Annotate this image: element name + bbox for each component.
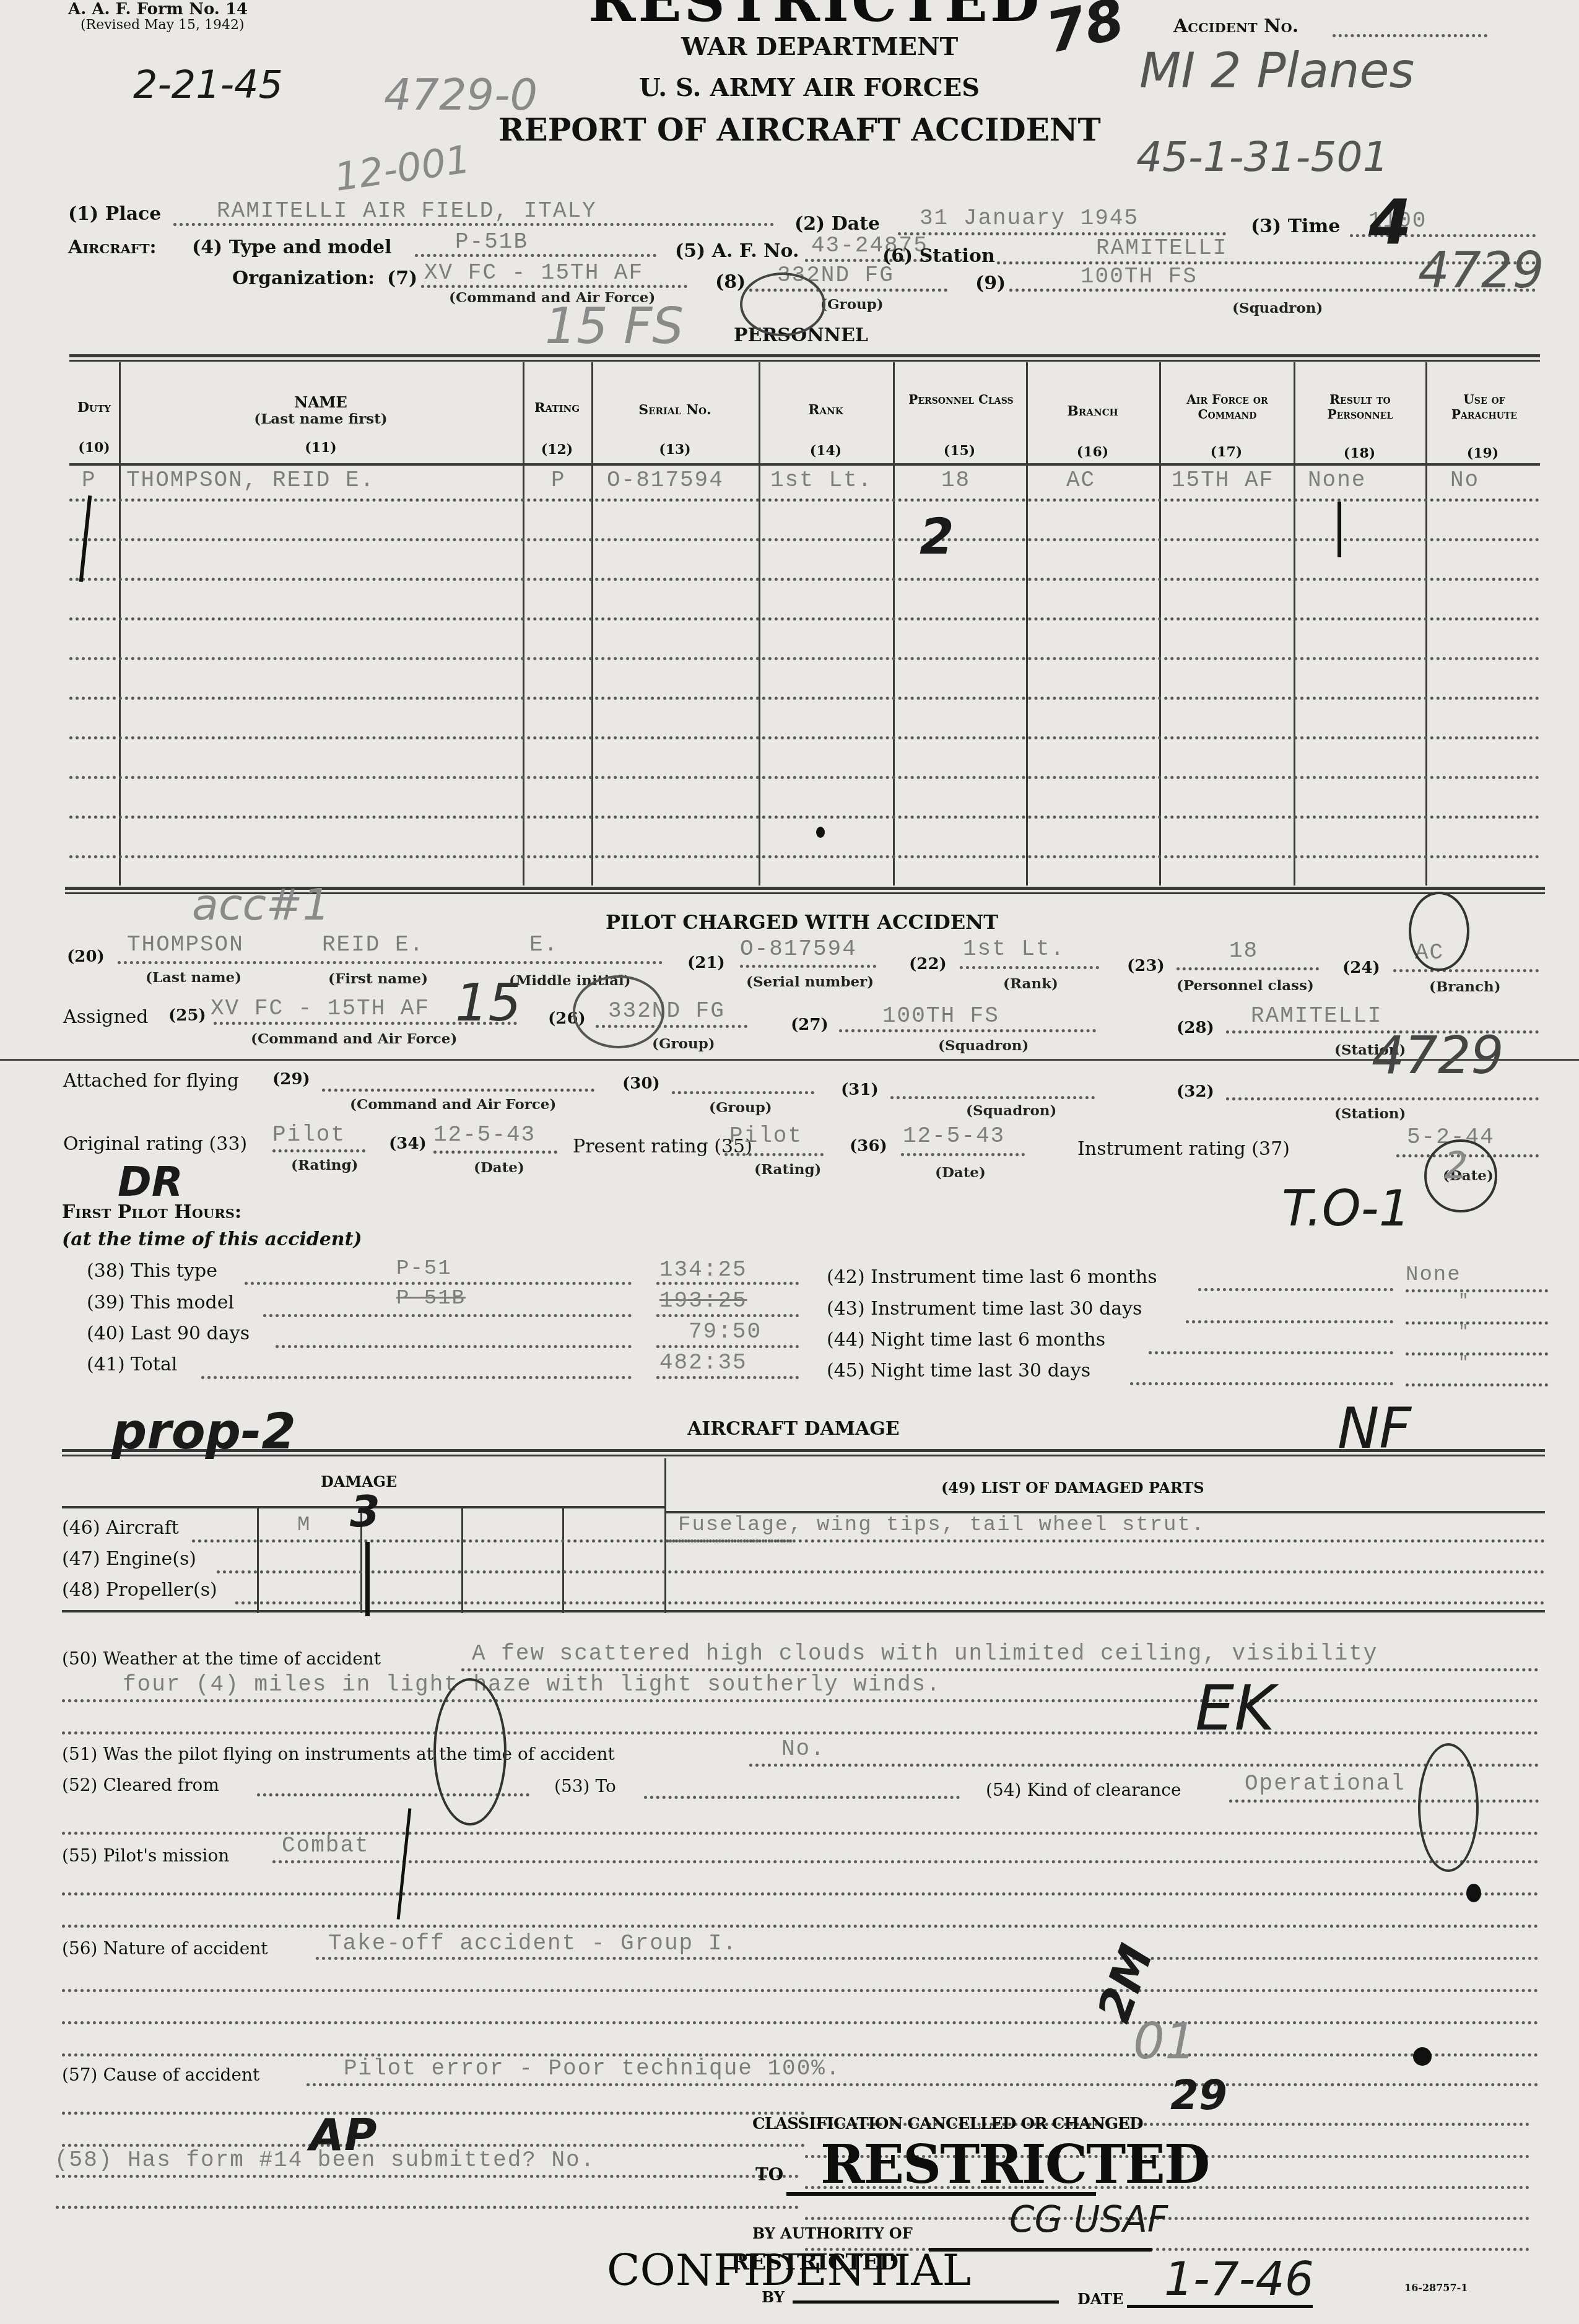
cell-name: THOMPSON, REID E.: [126, 468, 375, 493]
col-divider: [523, 362, 524, 886]
col-divider: [1159, 362, 1161, 886]
stamp-authority-label: BY AUTHORITY OF: [752, 2224, 913, 2242]
row-line: [69, 816, 1540, 819]
attached-station-caption: (Station): [1334, 1105, 1406, 1122]
attached-station-num: (32): [1177, 1082, 1214, 1101]
ink-blot: [816, 827, 825, 838]
group-num: (8): [715, 271, 746, 293]
present-rating[interactable]: Pilot: [729, 1123, 803, 1149]
blank-line: [62, 1989, 1539, 1992]
this-model-note: P-51B: [396, 1287, 466, 1310]
clearance-underline: [1229, 1800, 1539, 1803]
pilot-class[interactable]: 18: [1229, 938, 1258, 964]
weather-line-2[interactable]: four (4) miles in light haze with light …: [123, 1672, 941, 1697]
col-num-18: (18): [1294, 445, 1425, 461]
handwritten-circled-2: 2: [1444, 1144, 1468, 1188]
handwritten-78: 78: [1040, 0, 1129, 66]
col-header-parachute: Use of Parachute: [1429, 392, 1540, 422]
restricted-overstamp: RESTRICTED: [731, 2249, 898, 2275]
row-line: [69, 697, 1540, 700]
row-line: [69, 498, 1540, 502]
instrument-6mo-value[interactable]: None: [1406, 1263, 1461, 1287]
col-header-personnel-class: Personnel Class: [899, 392, 1023, 407]
value-underline: [656, 1345, 799, 1348]
date-value[interactable]: 31 January 1945: [920, 206, 1139, 231]
rank-underline: [960, 966, 1099, 969]
handwritten-to-note: T.O-1: [1282, 1180, 1411, 1237]
col-divider: [591, 362, 593, 886]
original-date-caption: (Date): [474, 1159, 524, 1176]
stamp-date-value: 1-7-46: [1164, 2253, 1314, 2306]
night-30d-value[interactable]: ": [1458, 1354, 1470, 1373]
attached-command-caption: (Command and Air Force): [350, 1096, 556, 1113]
aircraft-label: Aircraft:: [68, 237, 157, 258]
cell-rating: P: [551, 468, 566, 493]
present-rating-underline: [724, 1153, 824, 1156]
damaged-parts-line-1[interactable]: Fuselage, wing tips, tail wheel strut.: [678, 1513, 1205, 1537]
cell-serial: O-817594: [607, 468, 724, 493]
col-header-result: Result to Personnel: [1297, 392, 1424, 422]
weather-label: (50) Weather at the time of accident: [62, 1648, 381, 1669]
organization-label: Organization:: [232, 268, 375, 289]
time-label: (3) Time: [1251, 215, 1340, 237]
squadron-caption: (Squadron): [1232, 300, 1323, 316]
total-hours[interactable]: 482:35: [659, 1350, 747, 1375]
department-heading: WAR DEPARTMENT: [681, 32, 958, 61]
col-num-19: (19): [1425, 445, 1540, 461]
weather-underline-1: [461, 1668, 1539, 1671]
attached-squadron-caption: (Squadron): [966, 1102, 1056, 1119]
weather-underline-3: [62, 1731, 1539, 1734]
to-label: (53) To: [554, 1776, 616, 1796]
col-header-name: NAME: [119, 393, 523, 411]
leader-dots: [1149, 1351, 1393, 1354]
circle-mark: [573, 975, 664, 1048]
row-line: [69, 736, 1540, 739]
damage-aircraft-label: (46) Aircraft: [62, 1517, 179, 1539]
handwritten-4: 4: [1368, 186, 1412, 258]
handwritten-prop-note: prop-2: [111, 1403, 296, 1460]
col-divider: [893, 362, 895, 886]
original-rating-caption: (Rating): [291, 1157, 358, 1173]
present-date-num: (36): [850, 1137, 887, 1155]
blank-line: [62, 1925, 1539, 1928]
handwritten-4729-right: 4729: [1418, 242, 1544, 299]
nature-underline: [316, 1957, 1539, 1960]
night-6mo-label: (44) Night time last 6 months: [827, 1329, 1105, 1351]
present-rating-date[interactable]: 12-5-43: [903, 1123, 1005, 1149]
instruments-label: (51) Was the pilot flying on instruments…: [62, 1744, 615, 1764]
instrument-rating-label: Instrument rating (37): [1077, 1138, 1290, 1160]
assigned-command-num: (25): [168, 1006, 206, 1025]
table-row[interactable]: P THOMPSON, REID E. P O-817594 1st Lt. 1…: [69, 468, 1540, 498]
value-underline: [656, 1282, 799, 1285]
squadron-num: (9): [975, 272, 1006, 294]
hours-left-list: (38) This type P-51 134:25 (39) This mod…: [87, 1257, 799, 1387]
instruments-underline: [749, 1764, 1539, 1767]
handwritten-damage-3: 3: [350, 1486, 380, 1537]
col-num-10: (10): [69, 440, 119, 456]
pilot-serial[interactable]: O-817594: [740, 936, 857, 962]
circle-mark: [1418, 1743, 1479, 1872]
form-revised: (Revised May 15, 1942): [80, 17, 245, 33]
cell-result: None: [1308, 468, 1366, 493]
handwritten-mi-note: MI 2 Planes: [1139, 43, 1414, 99]
stamp-to-value: RESTRICTED: [820, 2133, 1209, 2196]
row-line: [69, 776, 1540, 779]
row-line: [69, 617, 1540, 620]
instrument-30d-value[interactable]: ": [1458, 1292, 1470, 1311]
class-underline: [1177, 967, 1319, 970]
night-30d-label: (45) Night time last 30 days: [827, 1360, 1090, 1382]
handwritten-nf: NF: [1338, 1396, 1411, 1461]
pilot-first-name[interactable]: REID E.: [322, 932, 424, 957]
col-num-11: (11): [119, 440, 523, 456]
circle-mark: [740, 272, 825, 336]
leader-dots: [1130, 1382, 1393, 1385]
type-model-value[interactable]: P-51B: [455, 229, 528, 255]
handwritten-15fs: 15 FS: [545, 297, 684, 355]
handwritten-date: 2-21-45: [133, 62, 283, 107]
handwritten-29: 29: [1170, 2071, 1227, 2119]
present-rating-caption: (Rating): [754, 1161, 821, 1178]
mission-value[interactable]: Combat: [282, 1833, 370, 1858]
stamp-heading: CLASSIFICATION CANCELLED OR CHANGED: [752, 2115, 1143, 2133]
pilot-last-name[interactable]: THOMPSON: [127, 932, 244, 957]
instrument-30d-label: (43) Instrument time last 30 days: [827, 1298, 1142, 1320]
hours-right-list: (42) Instrument time last 6 months None …: [827, 1263, 1545, 1393]
nature-value[interactable]: Take-off accident - Group I.: [328, 1931, 737, 1956]
rank-num: (22): [909, 955, 947, 973]
weather-underline-2: [62, 1699, 1539, 1702]
handwritten-stroke: [397, 1808, 412, 1920]
pilot-section-title: PILOT CHARGED WITH ACCIDENT: [606, 910, 998, 934]
hours-subtitle: (at the time of this accident): [62, 1229, 362, 1250]
cell-air-force: 15TH AF: [1172, 468, 1274, 493]
damage-rows: (46) Aircraft M Fuselage, wing tips, tai…: [62, 1517, 1545, 1610]
clearance-value[interactable]: Operational: [1245, 1771, 1406, 1796]
group-caption: (Group): [820, 296, 884, 313]
col-num-14: (14): [759, 443, 893, 459]
assigned-squadron[interactable]: 100TH FS: [882, 1003, 999, 1029]
blank-line: [62, 2021, 1539, 2024]
col-header-serial: Serial No.: [591, 402, 759, 418]
service-heading: U. S. ARMY AIR FORCES: [639, 73, 980, 102]
cell-personnel-class: 18: [941, 468, 970, 493]
col-divider: [1026, 362, 1028, 886]
class-num: (23): [1127, 957, 1165, 975]
branch-num: (24): [1342, 959, 1380, 977]
pilot-name-underline: [118, 961, 663, 964]
attached-command-field[interactable]: [322, 1089, 594, 1092]
command-underline: [421, 285, 687, 288]
attached-group-num: (30): [622, 1074, 660, 1093]
leader-dots: [1198, 1288, 1393, 1291]
value-underline: [1406, 1352, 1548, 1356]
damage-bottom-rule: [62, 1610, 1545, 1612]
handwritten-dr: DR: [118, 1158, 183, 1206]
rank-caption: (Rank): [1003, 975, 1058, 992]
value-underline: [656, 1376, 799, 1379]
night-6mo-value[interactable]: ": [1458, 1323, 1470, 1342]
col-num-12: (12): [523, 442, 591, 458]
accident-no-field[interactable]: [1333, 34, 1487, 37]
assigned-squadron-num: (27): [791, 1016, 829, 1034]
handwritten-acc-note: acc#1: [192, 879, 330, 930]
this-model-label: (39) This model: [87, 1292, 234, 1313]
handwritten-mark-1b: [1338, 502, 1341, 557]
leader-dots: [245, 1282, 632, 1285]
cell-parachute: No: [1450, 468, 1479, 493]
branch-underline: [1393, 969, 1539, 972]
original-rating-underline: [272, 1149, 365, 1152]
handwritten-ek: EK: [1195, 1672, 1275, 1744]
assigned-command-caption: (Command and Air Force): [251, 1030, 457, 1047]
af-no-label: (5) A. F. No.: [675, 240, 799, 262]
leader-dots: [263, 1314, 632, 1317]
damage-title: AIRCRAFT DAMAGE: [687, 1418, 900, 1440]
value-underline: [1406, 1383, 1548, 1386]
total-label: (41) Total: [87, 1354, 177, 1375]
assigned-command[interactable]: XV FC - 15TH AF: [211, 996, 430, 1021]
handwritten-serial-note: 45-1-31-501: [1136, 133, 1388, 181]
this-type-hours[interactable]: 134:25: [659, 1257, 747, 1282]
accident-no-label: Accident No.: [1173, 15, 1298, 37]
col-header-name-sub: (Last name first): [119, 411, 523, 427]
col-num-13: (13): [591, 442, 759, 458]
mission-label: (55) Pilot's mission: [62, 1845, 229, 1866]
last-name-caption: (Last name): [146, 969, 241, 986]
cell-duty: P: [82, 468, 97, 493]
original-rating-date[interactable]: 12-5-43: [433, 1122, 536, 1147]
this-type-label: (38) This type: [87, 1260, 217, 1282]
col-num-15: (15): [893, 443, 1026, 459]
damage-row-line: [217, 1570, 1545, 1573]
command-num: (7): [387, 268, 417, 289]
this-type-note: P-51: [396, 1257, 452, 1281]
original-rating-label: Original rating (33): [63, 1133, 247, 1155]
present-date-caption: (Date): [935, 1164, 986, 1181]
command-value[interactable]: XV FC - 15TH AF: [424, 260, 643, 285]
attached-station-field[interactable]: [1226, 1097, 1539, 1100]
mission-underline: [272, 1860, 1539, 1863]
handwritten-bottom-note: AP: [310, 2109, 377, 2161]
value-underline: [1406, 1289, 1548, 1292]
leader-dots: [201, 1376, 632, 1379]
row-line: [69, 657, 1540, 660]
cause-underline: [307, 2083, 1539, 2086]
damaged-parts-header: (49) LIST OF DAMAGED PARTS: [941, 1479, 1204, 1497]
attached-squadron-num: (31): [841, 1081, 879, 1099]
handwritten-mark-2: 2: [920, 508, 954, 565]
assigned-group-caption: (Group): [652, 1035, 715, 1052]
value-underline: [1406, 1321, 1548, 1325]
row-line: [69, 578, 1540, 581]
type-model-underline: [415, 254, 656, 257]
col-num-17: (17): [1159, 444, 1294, 460]
form-number: A. A. F. Form No. 14: [68, 0, 248, 19]
assigned-label: Assigned: [63, 1006, 149, 1028]
damage-aircraft-value[interactable]: M: [297, 1513, 311, 1537]
col-divider: [759, 362, 760, 886]
ink-blot: [1413, 2047, 1432, 2066]
leader-dots: [276, 1345, 632, 1348]
serial-caption: (Serial number): [746, 973, 874, 990]
ink-blot: [1466, 1884, 1481, 1902]
cell-rank: 1st Lt.: [770, 468, 872, 493]
cell-branch: AC: [1066, 468, 1095, 493]
personnel-table: Duty NAME (Last name first) Rating Seria…: [69, 362, 1540, 886]
handwritten-4729-b: 4729: [1372, 1025, 1504, 1086]
serial-underline: [740, 965, 876, 968]
station-label: (6) Station: [882, 245, 995, 267]
damage-propeller-label: (48) Propeller(s): [62, 1579, 217, 1601]
handwritten-code: 12-001: [332, 136, 473, 200]
report-title: REPORT OF AIRCRAFT ACCIDENT: [498, 111, 1101, 148]
col-num-16: (16): [1026, 444, 1159, 460]
pilot-rank[interactable]: 1st Lt.: [963, 936, 1065, 962]
this-model-hours[interactable]: 193:25: [659, 1288, 747, 1313]
header-bottom-rule: [69, 463, 1540, 466]
handwritten-ref-number: 4729-0: [384, 69, 537, 120]
instruments-value[interactable]: No.: [781, 1736, 825, 1762]
leader-dots: [1186, 1320, 1393, 1323]
to-field[interactable]: [644, 1796, 960, 1799]
value-underline: [656, 1314, 799, 1317]
col-header-air-force: Air Force or Command: [1162, 392, 1292, 422]
cleared-from-label: (52) Cleared from: [62, 1775, 219, 1795]
original-rating[interactable]: Pilot: [272, 1122, 346, 1147]
stamp-by-label: BY: [762, 2288, 785, 2306]
assigned-station-num: (28): [1177, 1019, 1214, 1037]
blank-line: [62, 1892, 1539, 1895]
stamp-to-underline: [786, 2192, 1096, 2196]
col-header-duty: Duty: [69, 399, 119, 416]
stamp-date-underline: [1127, 2305, 1313, 2308]
assigned-station[interactable]: RAMITELLI: [1251, 1003, 1382, 1029]
attached-squadron-field[interactable]: [890, 1096, 1095, 1099]
cause-label: (57) Cause of accident: [62, 2065, 259, 2085]
col-divider: [1425, 362, 1427, 886]
col-divider: [1294, 362, 1295, 886]
cause-value[interactable]: Pilot error - Poor technique 100%.: [344, 2056, 841, 2081]
stamp-authority-value: CG USAF: [1009, 2198, 1168, 2240]
last-name-num: (20): [67, 947, 105, 966]
nature-label: (56) Nature of accident: [62, 1938, 268, 1959]
col-header-rating: Rating: [523, 399, 591, 415]
row-line: [69, 538, 1540, 541]
stamp-date-label: DATE: [1077, 2290, 1123, 2308]
print-code: 16-28757-1: [1404, 2282, 1468, 2294]
attached-command-num: (29): [272, 1070, 310, 1089]
date-label: (2) Date: [794, 213, 880, 235]
col-header-branch: Branch: [1026, 403, 1159, 419]
attached-label: Attached for flying: [63, 1070, 239, 1092]
damage-row-line: [235, 1601, 1545, 1604]
attached-group-caption: (Group): [709, 1099, 772, 1116]
assigned-squadron-caption: (Squadron): [938, 1037, 1029, 1054]
restricted-stamp-top: RESTRICTED: [588, 0, 1042, 35]
pilot-middle-initial[interactable]: E.: [529, 932, 559, 957]
branch-caption: (Branch): [1429, 978, 1501, 995]
damage-engine-label: (47) Engine(s): [62, 1548, 196, 1570]
original-date-underline: [433, 1151, 557, 1154]
type-model-label: (4) Type and model: [192, 237, 392, 258]
clearance-label: (54) Kind of clearance: [986, 1780, 1181, 1800]
serial-num: (21): [687, 954, 725, 972]
station-value[interactable]: RAMITELLI: [1096, 235, 1227, 261]
stamp-to-label: TO: [755, 2164, 783, 2185]
col-header-rank: Rank: [759, 402, 893, 418]
present-date-underline: [901, 1153, 1025, 1156]
assigned-squadron-underline: [839, 1029, 1096, 1032]
section-divider: [0, 1059, 1579, 1061]
circle-mark: [433, 1678, 507, 1826]
row-line: [69, 855, 1540, 858]
place-value[interactable]: RAMITELLI AIR FIELD, ITALY: [217, 198, 597, 224]
last-90-days-hours[interactable]: 79:50: [689, 1319, 762, 1344]
stamp-by-underline: [793, 2300, 1059, 2304]
circle-mark: [1409, 892, 1469, 971]
weather-line-1[interactable]: A few scattered high clouds with unlimit…: [472, 1641, 1378, 1666]
handwritten-15: 15: [455, 972, 521, 1033]
squadron-value[interactable]: 100TH FS: [1081, 264, 1198, 289]
original-date-num: (34): [389, 1134, 427, 1153]
parts-row-line: [669, 1539, 1545, 1543]
place-label: (1) Place: [68, 203, 161, 225]
handwritten-01: 01: [1133, 2013, 1196, 2070]
last-90-days-label: (40) Last 90 days: [87, 1323, 250, 1344]
handwritten-stroke: [365, 1542, 370, 1616]
personnel-top-rule: [69, 354, 1540, 362]
attached-group-field[interactable]: [672, 1091, 814, 1094]
instrument-6mo-label: (42) Instrument time last 6 months: [827, 1266, 1157, 1288]
class-caption: (Personnel class): [1177, 977, 1314, 994]
first-name-caption: (First name): [328, 970, 428, 987]
place-underline: [173, 223, 774, 226]
